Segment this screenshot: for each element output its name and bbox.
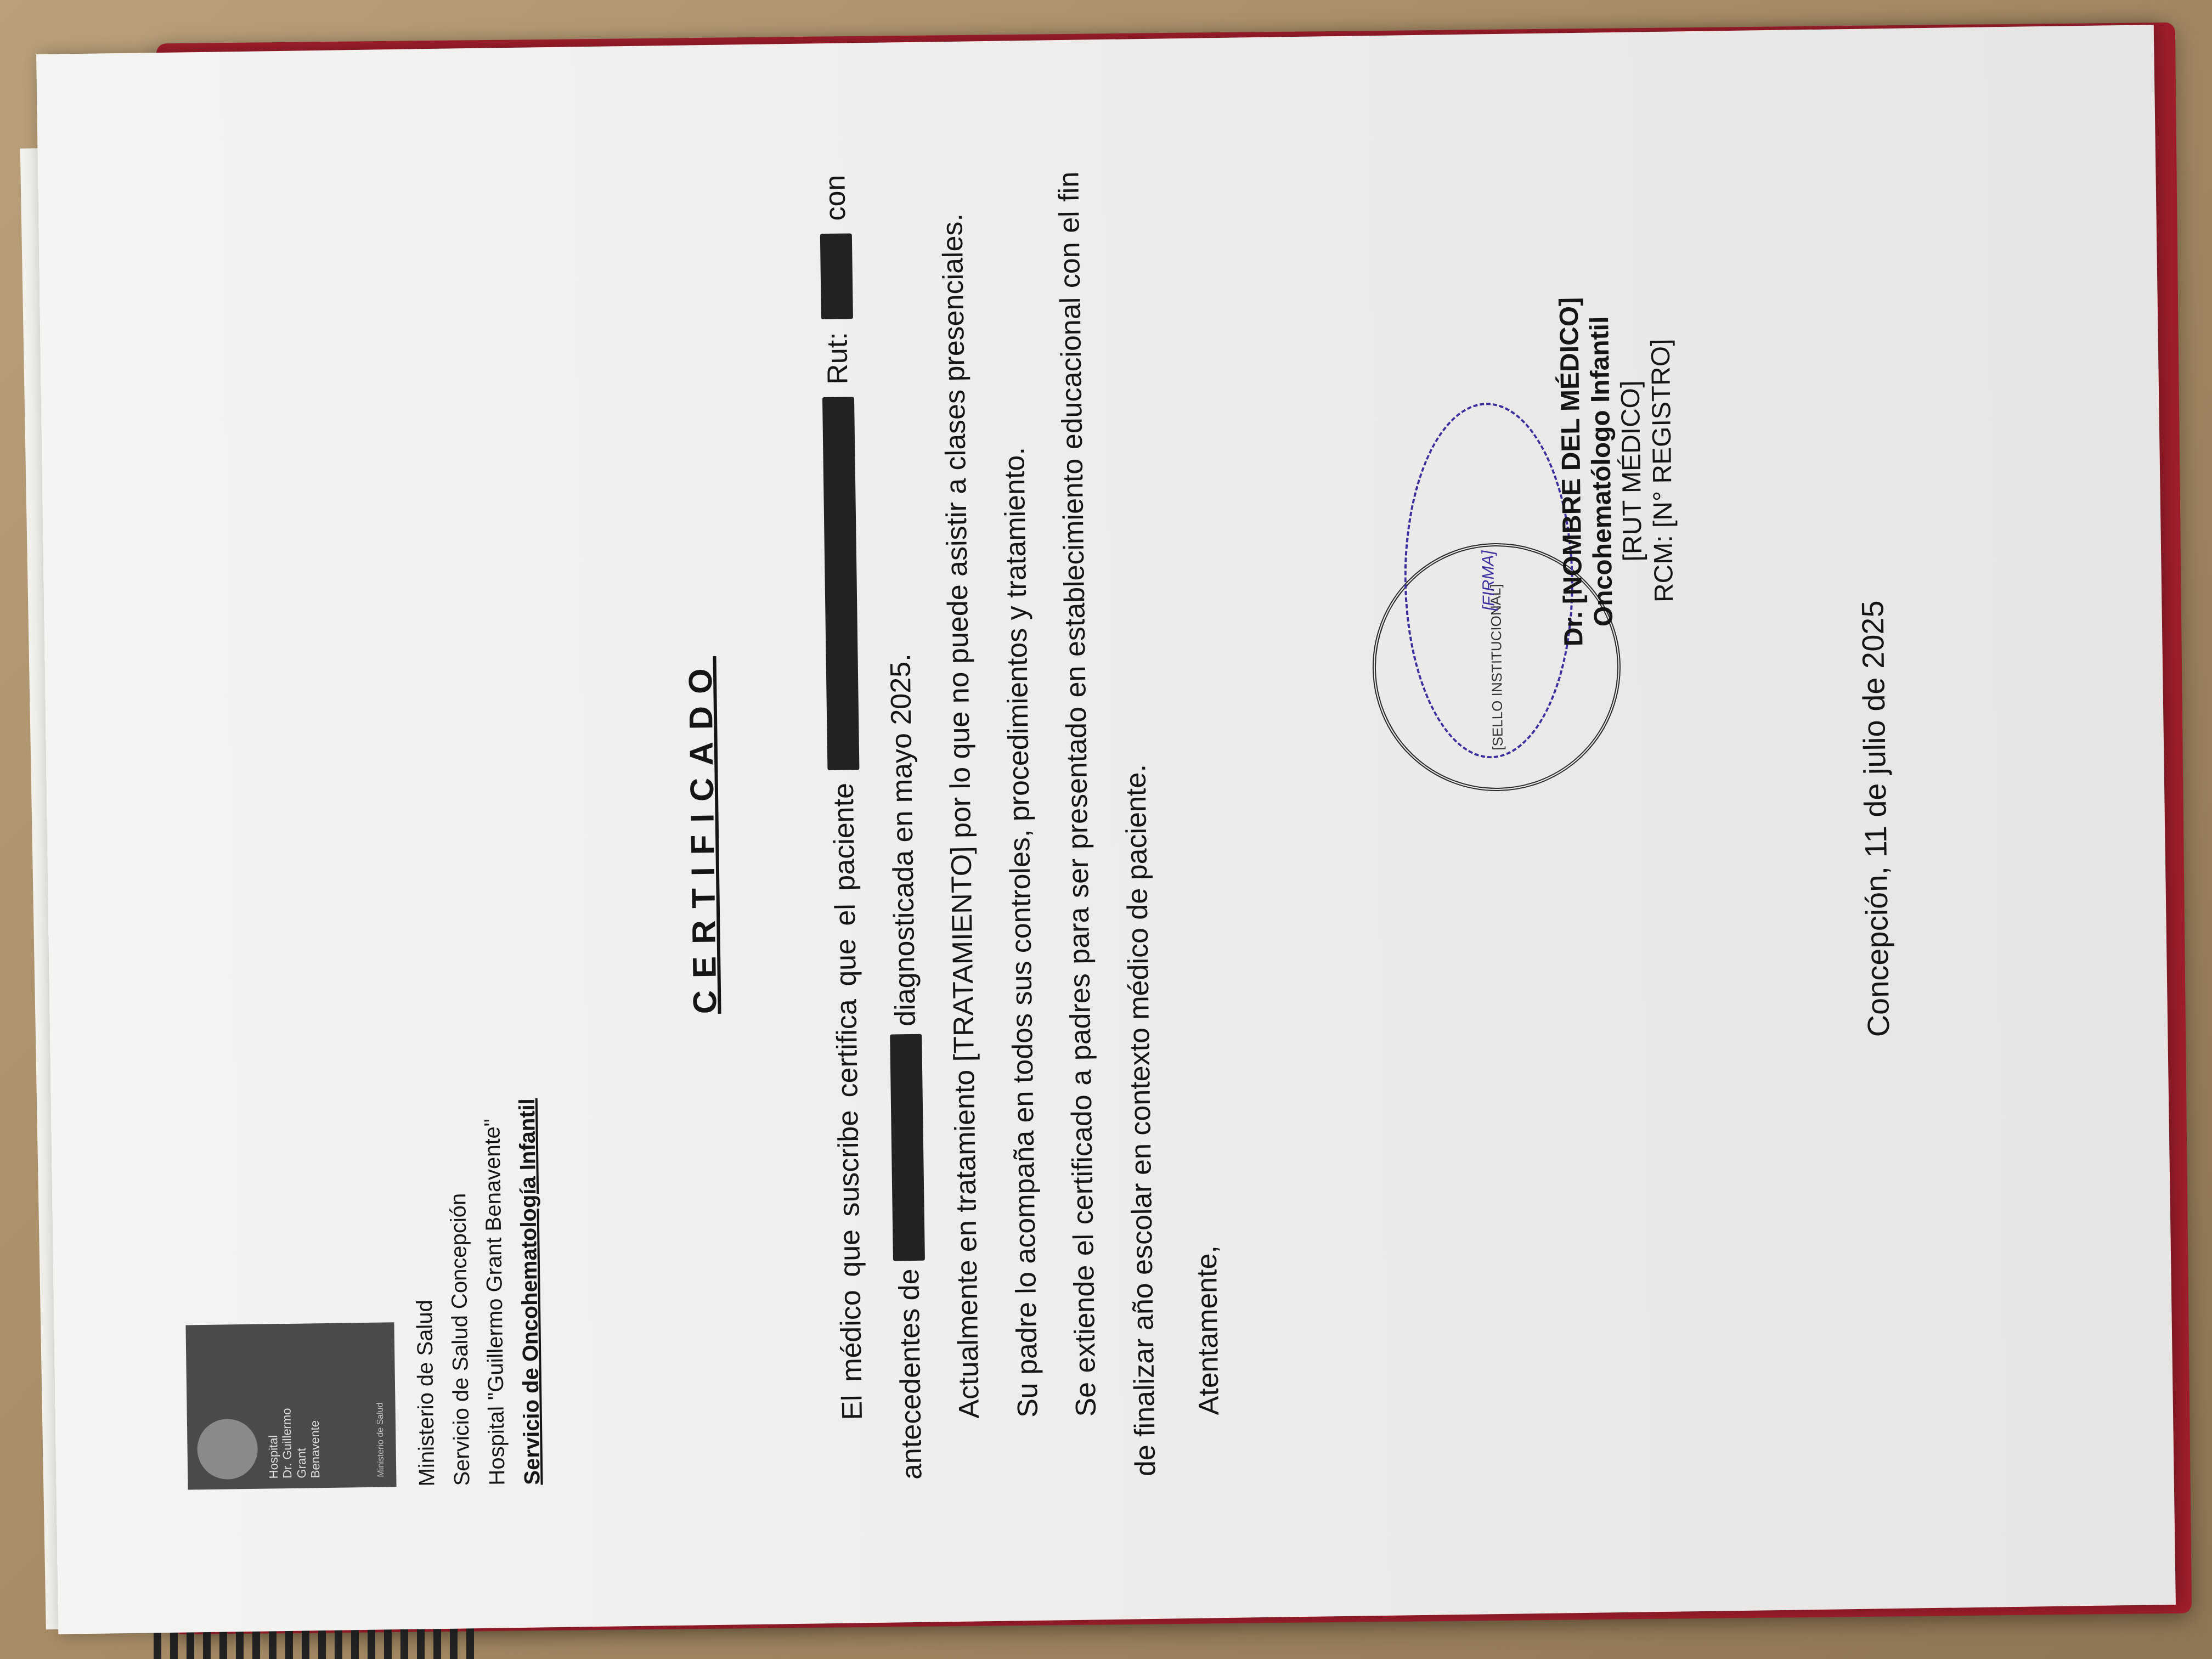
signer-title: Oncohematólogo Infantil — [1584, 296, 1620, 647]
letterhead: Hospital Dr. Guillermo Grant Benavente M… — [183, 1098, 550, 1490]
logo-line: Hospital — [265, 1334, 281, 1479]
diagnosis-redacted: [DIAGNÓSTICO] — [890, 1034, 925, 1261]
certificate-page: Hospital Dr. Guillermo Grant Benavente M… — [36, 25, 2176, 1634]
logo-line: Benavente — [307, 1333, 323, 1478]
signer-id: [RUT MÉDICO] — [1615, 295, 1650, 647]
hospital-logo: Hospital Dr. Guillermo Grant Benavente M… — [185, 1322, 396, 1489]
signature-block: [SELLO INSTITUCIONAL] [FIRMA] Dr. [NOMBR… — [1368, 295, 1682, 793]
patient-rut-redacted: [RUT] — [820, 234, 853, 320]
patient-name-redacted: [NOMBRE DEL PACIENTE] — [822, 397, 859, 770]
closing: Atentamente, — [1163, 170, 1239, 1476]
certificate-body: El médico que suscribe certifica que el … — [806, 170, 1239, 1481]
paragraph-purpose: Se extiende el certificado a padres para… — [1040, 171, 1175, 1478]
logo-ministry-label: Ministerio de Salud — [375, 1332, 387, 1477]
department-line: Servicio de Oncohematología Infantil — [510, 1098, 550, 1485]
logo-line: Grant — [292, 1333, 308, 1478]
health-service-line: Servicio de Salud Concepción — [439, 1099, 480, 1486]
signer-name: Dr. [NOMBRE DEL MÉDICO] — [1554, 296, 1589, 648]
place-and-date: Concepción, 11 de julio de 2025 — [1847, 29, 1904, 1609]
signer-info: Dr. [NOMBRE DEL MÉDICO] Oncohematólogo I… — [1554, 295, 1680, 647]
coat-of-arms-icon — [197, 1419, 258, 1480]
institution-header: Ministerio de Salud Servicio de Salud Co… — [404, 1098, 550, 1487]
signer-rcm: RCM: [N° REGISTRO] — [1645, 295, 1680, 646]
hospital-line: Hospital "Guillermo Grant Benavente" — [475, 1099, 515, 1486]
logo-line: Dr. Guillermo — [279, 1334, 295, 1479]
ministry-line: Ministerio de Salud — [404, 1099, 445, 1486]
paragraph-patient: El médico que suscribe certifica que el … — [806, 174, 941, 1481]
document-title: CERTIFICADO — [673, 45, 732, 1626]
